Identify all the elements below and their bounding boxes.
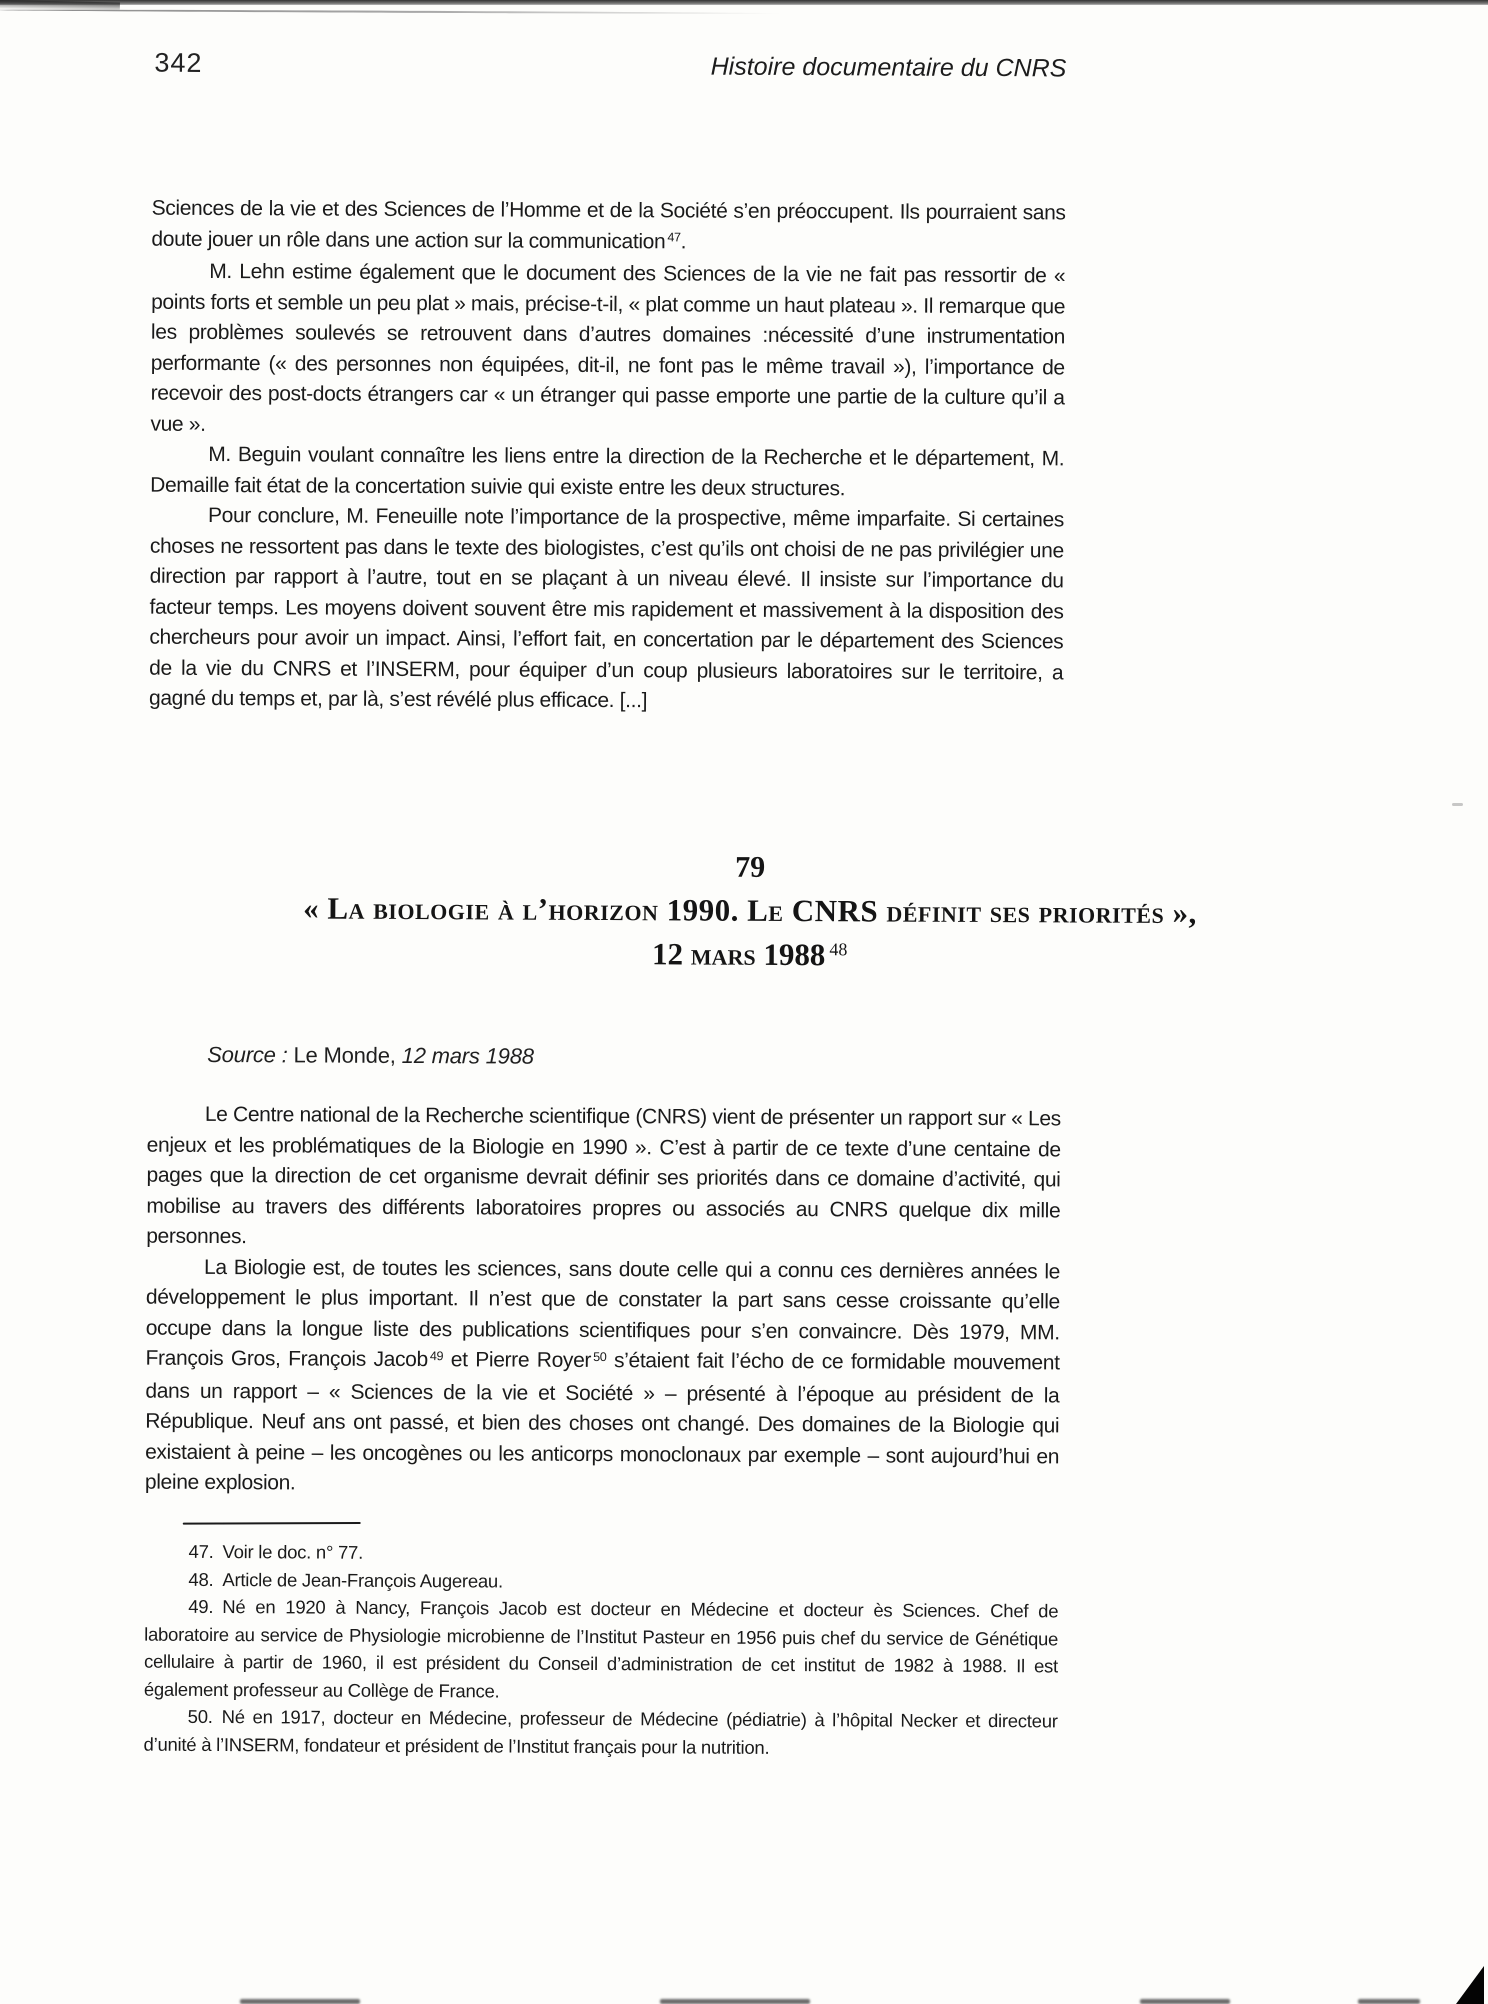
document-title: « La biologie à l’horizon 1990. Le CNRS … xyxy=(74,884,1426,937)
footnotes: 47.Voir le doc. n° 77.48.Article de Jean… xyxy=(144,1538,1059,1763)
footnote-ref-50: 50 xyxy=(593,1350,606,1364)
page-content: 342 Histoire documentaire du CNRS Scienc… xyxy=(0,0,1488,2004)
source-line: Source :Le Monde,12 mars 1988 xyxy=(207,1042,534,1070)
scanned-book-page: 342 Histoire documentaire du CNRS Scienc… xyxy=(0,0,1488,2004)
page-number: 342 xyxy=(154,48,202,79)
excerpt-text: Sciences de la vie et des Sciences de l’… xyxy=(149,194,1066,719)
document-number: 79 xyxy=(74,847,1426,888)
paragraph: La Biologie est, de toutes les sciences,… xyxy=(145,1252,1060,1503)
paragraph: Pour conclure, M. Feneuille note l’impor… xyxy=(149,501,1064,719)
source-publication: Le Monde, xyxy=(293,1042,395,1068)
footnote-number: 49. xyxy=(188,1596,213,1617)
paragraph: Sciences de la vie et des Sciences de l’… xyxy=(151,194,1065,262)
paragraph: M. Lehn estime également que le document… xyxy=(150,257,1065,445)
document-heading: 79 « La biologie à l’horizon 1990. Le CN… xyxy=(74,847,1427,976)
running-title: Histoire documentaire du CNRS xyxy=(711,53,1067,84)
footnote-number: 50. xyxy=(188,1706,213,1727)
footnote: 49.Né en 1920 à Nancy, François Jacob es… xyxy=(144,1593,1059,1708)
footnote-number: 48. xyxy=(188,1568,213,1589)
paragraph: Le Centre national de la Recherche scien… xyxy=(146,1100,1061,1257)
source-date: 12 mars 1988 xyxy=(402,1043,534,1069)
running-header: 342 Histoire documentaire du CNRS xyxy=(154,48,1066,84)
document-date: 12 mars 198848 xyxy=(74,933,1426,976)
footnote-ref-49: 49 xyxy=(430,1349,443,1363)
footnote-separator xyxy=(183,1522,361,1525)
paragraph: M. Beguin voulant connaître les liens en… xyxy=(150,440,1064,506)
footnote-ref-47: 47 xyxy=(667,231,680,245)
source-label: Source : xyxy=(207,1042,287,1067)
footnote: 50.Né en 1917, docteur en Médecine, prof… xyxy=(144,1703,1058,1763)
footnote-number: 47. xyxy=(189,1541,214,1562)
footnote-ref-48: 48 xyxy=(829,939,847,959)
document-date-text: 12 mars 1988 xyxy=(652,936,825,972)
article-text: Le Centre national de la Recherche scien… xyxy=(145,1100,1061,1503)
footnote: 47.Voir le doc. n° 77. xyxy=(145,1538,1059,1570)
